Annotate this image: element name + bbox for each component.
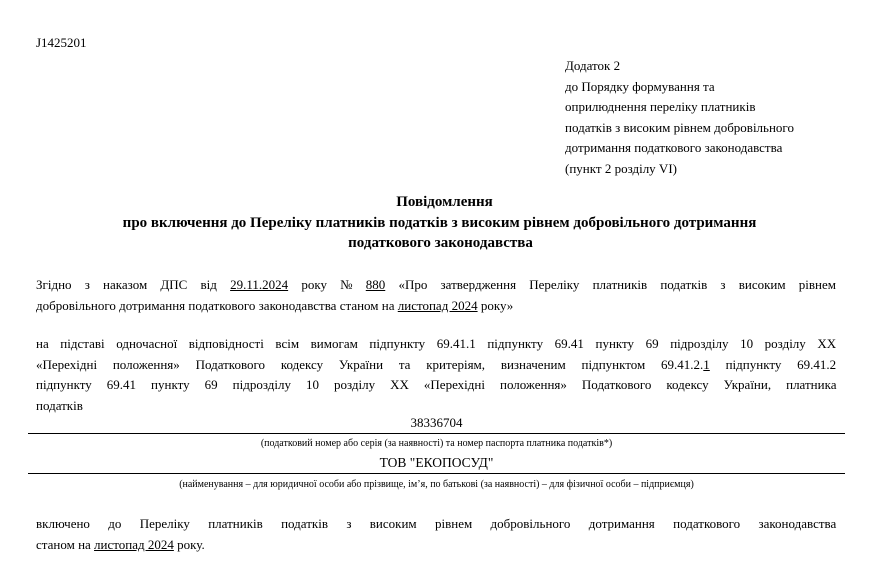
title-line: Повідомлення bbox=[8, 192, 881, 213]
paragraph-line: підпункту 69.41 пункту 69 підрозділу 10 … bbox=[36, 375, 836, 396]
inclusion-paragraph: включено до Переліку платників податків … bbox=[36, 514, 836, 555]
paragraph-line: податків bbox=[36, 396, 836, 417]
company-name-underline bbox=[28, 473, 845, 474]
text: добровільного дотримання податкового зак… bbox=[36, 298, 398, 313]
form-code: J1425201 bbox=[36, 35, 87, 51]
tax-id-caption: (податковий номер або серія (за наявност… bbox=[28, 438, 845, 450]
annex-line: до Порядку формування та bbox=[565, 77, 855, 98]
text: року № bbox=[288, 277, 366, 292]
text: року» bbox=[478, 298, 514, 313]
text: станом на bbox=[36, 537, 94, 552]
period: листопад 2024 bbox=[94, 537, 174, 552]
annex-reference: Додаток 2 до Порядку формування та оприл… bbox=[565, 56, 855, 179]
title-line: податкового законодавства bbox=[0, 233, 881, 254]
text: Згідно з наказом ДПС від bbox=[36, 277, 230, 292]
title-line: про включення до Переліку платників пода… bbox=[0, 213, 881, 234]
annex-line: (пункт 2 розділу VI) bbox=[565, 159, 855, 180]
basis-paragraph: на підставі одночасної відповідності всі… bbox=[36, 334, 836, 416]
paragraph-line: «Перехідні положення» Податкового кодекс… bbox=[36, 355, 836, 376]
document-title: Повідомлення про включення до Переліку п… bbox=[0, 192, 881, 254]
annex-line: податків з високим рівнем добровільного bbox=[565, 118, 855, 139]
text: «Про затвердження Переліку платників под… bbox=[385, 277, 836, 292]
annex-line: оприлюднення переліку платників bbox=[565, 97, 855, 118]
paragraph-line: добровільного дотримання податкового зак… bbox=[36, 296, 836, 317]
paragraph-line: на підставі одночасної відповідності всі… bbox=[36, 334, 836, 355]
order-number: 880 bbox=[366, 277, 386, 292]
tax-id-value: 38336704 bbox=[28, 415, 845, 431]
paragraph-line: Згідно з наказом ДПС від 29.11.2024 року… bbox=[36, 275, 836, 296]
tax-id-underline bbox=[28, 433, 845, 434]
text: «Перехідні положення» Податкового кодекс… bbox=[36, 357, 703, 372]
text: підпункту 69.41.2 bbox=[710, 357, 836, 372]
paragraph-line: включено до Переліку платників податків … bbox=[36, 514, 836, 535]
annex-line: дотримання податкового законодавства bbox=[565, 138, 855, 159]
annex-line: Додаток 2 bbox=[565, 56, 855, 77]
paragraph-line: станом на листопад 2024 року. bbox=[36, 535, 836, 556]
company-name-value: ТОВ "ЕКОПОСУД" bbox=[28, 455, 845, 471]
text: року. bbox=[174, 537, 205, 552]
company-name-caption: (найменування – для юридичної особи або … bbox=[28, 479, 845, 491]
order-reference-paragraph: Згідно з наказом ДПС від 29.11.2024 року… bbox=[36, 275, 836, 316]
period: листопад 2024 bbox=[398, 298, 478, 313]
order-date: 29.11.2024 bbox=[230, 277, 288, 292]
